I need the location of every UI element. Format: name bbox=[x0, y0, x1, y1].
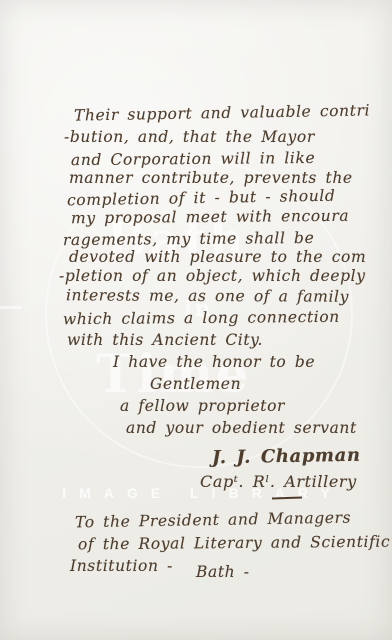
letter-line: manner contribute, prevents the bbox=[69, 169, 353, 187]
signature-rank: Capᵗ. Rˡ. Artillery bbox=[200, 472, 357, 491]
closing-line: a fellow proprietor bbox=[120, 397, 285, 415]
scanned-letter-page: Bath in Time IMAGE LIBRARY Their support… bbox=[0, 0, 392, 640]
address-line: Institution - bbox=[70, 557, 173, 575]
letter-line: ragements, my time shall be bbox=[63, 229, 314, 249]
closing-line: and your obedient servant bbox=[126, 419, 357, 437]
letter-line: Their support and valuable contri bbox=[74, 101, 370, 124]
letter-line: interests me, as one of a family bbox=[66, 286, 349, 305]
address-line: Bath - bbox=[196, 563, 250, 581]
address-line: of the Royal Literary and Scientific bbox=[78, 533, 390, 554]
letter-line: which claims a long connection bbox=[63, 308, 340, 328]
letter-line: -pletion of an object, which deeply bbox=[59, 267, 366, 285]
letter-line: my proposal meet with encoura bbox=[71, 207, 349, 227]
letter-line: and Corporation will in like bbox=[71, 149, 315, 169]
letter-line: -bution, and, that the Mayor bbox=[64, 128, 315, 146]
letter-line: devoted with pleasure to the com bbox=[69, 248, 366, 266]
address-line: To the President and Managers bbox=[75, 509, 351, 532]
letter-line: with this Ancient City. bbox=[67, 331, 263, 349]
watermark-left-dash bbox=[0, 306, 22, 309]
closing-line: Gentlemen bbox=[150, 375, 241, 393]
closing-line: I have the honor to be bbox=[113, 353, 315, 371]
signature-name: J. J. Chapman bbox=[212, 445, 361, 469]
